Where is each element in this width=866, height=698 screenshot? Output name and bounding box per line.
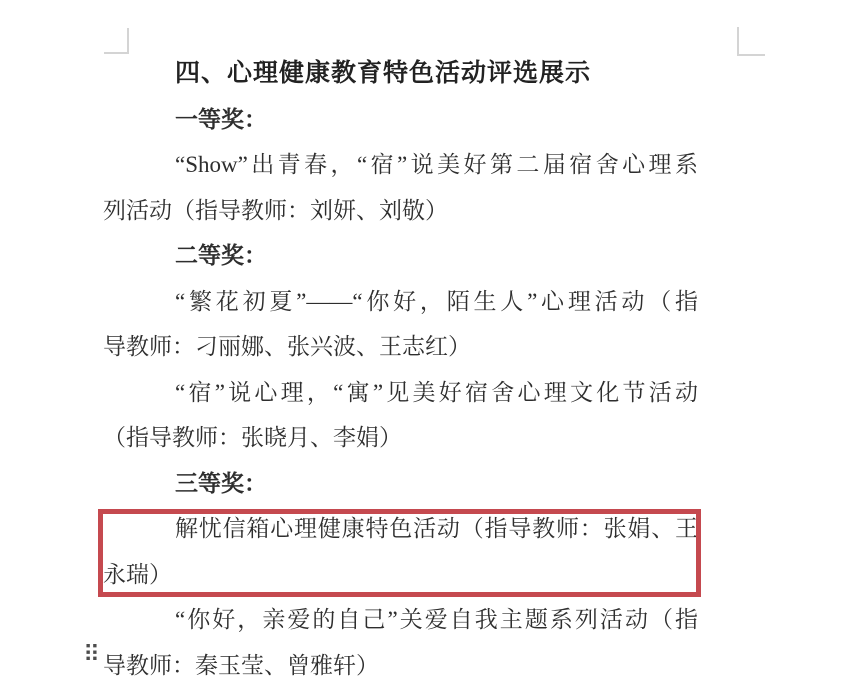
document-body: 四、心理健康教育特色活动评选展示 一等奖：“Show”出青春，“宿”说美好第二届…: [103, 51, 698, 688]
doc-line: 永瑞）: [103, 552, 698, 598]
doc-line: “Show”出青春，“宿”说美好第二届宿舍心理系: [103, 142, 698, 188]
section-heading: 四、心理健康教育特色活动评选展示: [103, 51, 698, 97]
doc-line: 三等奖：: [103, 461, 698, 507]
doc-line: 导教师：秦玉莹、曾雅轩）: [103, 643, 698, 689]
page-corner-mark-right-icon: [737, 27, 765, 56]
doc-line: 一等奖：: [103, 97, 698, 143]
doc-line: “繁花初夏”——“你好，陌生人”心理活动（指: [103, 279, 698, 325]
drag-handle-icon[interactable]: ⠿: [83, 644, 100, 667]
doc-line: 二等奖：: [103, 233, 698, 279]
doc-line: “你好，亲爱的自己”关爱自我主题系列活动（指: [103, 597, 698, 643]
doc-line: 解忧信箱心理健康特色活动（指导教师：张娟、王: [103, 506, 698, 552]
highlighted-paragraph: 解忧信箱心理健康特色活动（指导教师：张娟、王永瑞）: [103, 506, 698, 597]
doc-line: （指导教师：张晓月、李娟）: [103, 415, 698, 461]
doc-line: 列活动（指导教师：刘妍、刘敬）: [103, 188, 698, 234]
doc-line: “宿”说心理，“寓”见美好宿舍心理文化节活动: [103, 370, 698, 416]
document-page: ⠿ 四、心理健康教育特色活动评选展示 一等奖：“Show”出青春，“宿”说美好第…: [0, 0, 866, 698]
doc-line: 导教师：刁丽娜、张兴波、王志红）: [103, 324, 698, 370]
